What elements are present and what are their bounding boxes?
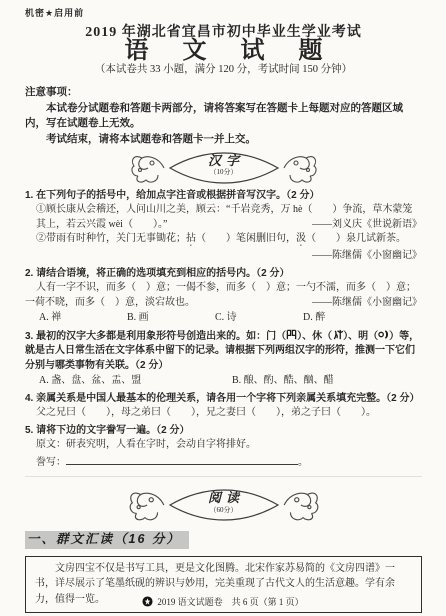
hanzi-banner-title: 汉字 xyxy=(168,154,280,169)
question-3-stem-seg2: ）、休（ xyxy=(297,331,332,342)
page-footer: 2019 语文试题卷 共 6 页（第 1 页） xyxy=(0,595,446,610)
question-1: 1. 在下列句子的括号中，给加点字注音或根据拼音写汉字。（2 分） ①顾长康从会… xyxy=(25,189,422,264)
yuedu-banner-title: 阅读 xyxy=(168,491,280,506)
question-4-body: 父之兄曰（ ），母之弟曰（ ），兄之妻曰（ ），弟之子曰（ ）。 xyxy=(25,406,422,421)
question-3-stem: 3. 最初的汉字大多都是利用象形符号创造出来的。如：门（）、休（）、明（）等，就… xyxy=(25,329,422,374)
question-1-item1-line2: 其上，若云兴霞 wèi（ ）。” ——刘义庆《世说新语》 xyxy=(25,218,422,233)
question-2-stem: 2. 请结合语境，将正确的选项填充到相应的括号内。（2 分） xyxy=(25,267,422,282)
yuedu-banner: 阅读 （60分） xyxy=(168,487,280,523)
question-5-copy-end: 。 xyxy=(298,457,308,468)
question-1-dotted-char-ji: 汲 xyxy=(296,233,306,244)
question-1-item2-seg1: ②带雨有时种竹，关门无事锄花； xyxy=(36,233,186,244)
notice-heading: 注意事项： xyxy=(25,85,422,100)
question-5-answer-blank xyxy=(66,453,298,465)
question-3-stem-seg3: ）、明（ xyxy=(343,331,378,342)
question-4-stem: 4. 亲属关系是中国人最基本的伦理关系，请各用一个字将下列亲属关系填充完整。（2… xyxy=(25,392,422,407)
question-2-body-text: 一荷不晓，而多（ ）意，淡宕故也。 xyxy=(25,296,195,311)
paper-title: 语 文 试 题 xyxy=(25,44,422,59)
question-1-source-2: ——陈继儒《小窗幽记》 xyxy=(25,249,422,264)
classification-label: 机密★启用前 xyxy=(25,6,422,21)
question-1-source-1: ——刘义庆《世说新语》 xyxy=(312,218,422,233)
question-2-option-b: B. 画 xyxy=(127,311,215,326)
question-1-item1-text: 其上，若云兴霞 wèi（ ）。” xyxy=(36,218,167,233)
footer-page-info: 2019 语文试题卷 共 6 页（第 1 页） xyxy=(157,595,303,610)
question-2: 2. 请结合语境，将正确的选项填充到相应的括号内。（2 分） 人有一字不识，而多… xyxy=(25,267,422,326)
fold-line xyxy=(25,476,422,477)
ornament-flourish-right-icon xyxy=(281,150,321,186)
question-3: 3. 最初的汉字大多都是利用象形符号创造出来的。如：门（）、休（）、明（）等，就… xyxy=(25,329,422,389)
hanzi-banner-text: 汉字 （10分） xyxy=(168,154,280,177)
question-5-copy-label: 誊写： xyxy=(36,457,66,468)
oracle-bright-glyph-icon xyxy=(378,329,389,340)
ornament-flourish-right-icon xyxy=(281,485,323,525)
oracle-rest-glyph-icon xyxy=(332,329,343,340)
publisher-seal-icon xyxy=(142,596,153,607)
yuedu-banner-score: （60分） xyxy=(168,506,280,514)
section-badge-yuedu: 阅读 （60分） xyxy=(25,485,422,525)
question-5-copy-row: 誊写：。 xyxy=(25,453,422,471)
question-5-stem: 5. 请将下边的文字誊写一遍。（2 分） xyxy=(25,424,422,439)
question-1-item1-line1: ①顾长康从会稽还，人问山川之美，顾云：“千岩竞秀，万 hè（ ）争流，草木蒙笼 xyxy=(25,203,422,218)
question-5: 5. 请将下边的文字誊写一遍。（2 分） 原文：研表究明，人看在字时，会动自字将… xyxy=(25,424,422,471)
ornament-flourish-left-icon xyxy=(127,150,167,186)
notice-section: 注意事项： 本试卷分试题卷和答题卡两部分，请将答案写在答题卡上每题对应的答题区域… xyxy=(25,85,422,147)
question-1-item2: ②带雨有时种竹，关门无事锄花；拈（ ）笔闲删旧句，汲（ ）泉几试新茶。 xyxy=(25,232,422,249)
question-2-body-line1: 人有一字不识，而多（ ）意；一偈不参，而多（ ）意；一勺不濡，而多（ ）意； xyxy=(25,281,422,296)
question-2-body-line2: 一荷不晓，而多（ ）意，淡宕故也。 ——陈继儒《小窗幽记》 xyxy=(25,296,422,311)
question-3-option-b: B. 酿、酌、酷、酗、醋 xyxy=(232,374,334,389)
question-1-stem: 1. 在下列句子的括号中，给加点字注音或根据拼音写汉字。（2 分） xyxy=(25,189,422,204)
question-1-item2-seg3: （ ）泉几试新茶。 xyxy=(306,233,406,244)
question-2-option-d: D. 醉 xyxy=(303,311,391,326)
hanzi-banner-score: （10分） xyxy=(168,168,280,176)
question-2-option-c: C. 诗 xyxy=(215,311,303,326)
notice-paragraph-1: 本试卷分试题卷和答题卡两部分，请将答案写在答题卡上每题对应的答题区域内，写在试题… xyxy=(25,101,422,131)
section-badge-hanzi: 汉字 （10分） xyxy=(25,150,422,186)
question-5-original: 原文：研表究明，人看在字时，会动自字将排好。 xyxy=(25,438,422,453)
question-3-options: A. 盏、盘、盆、盂、盟 B. 酿、酌、酷、酗、醋 xyxy=(25,374,422,389)
question-2-options: A. 禅 B. 画 C. 诗 D. 醉 xyxy=(25,311,422,326)
hanzi-banner: 汉字 （10分） xyxy=(168,150,280,186)
yuedu-banner-text: 阅读 （60分） xyxy=(168,491,280,514)
question-2-option-a: A. 禅 xyxy=(39,311,127,326)
exam-paper-page: 机密★启用前 2019 年湖北省宜昌市初中毕业生学业考试 语 文 试 题 （本试… xyxy=(0,0,446,616)
question-3-option-a: A. 盏、盘、盆、盂、盟 xyxy=(39,374,232,389)
notice-paragraph-2: 考试结束，请将本试题卷和答题卡一并上交。 xyxy=(25,132,422,147)
paper-info: （本试卷共 33 小题，满分 120 分，考试时间 150 分钟） xyxy=(25,63,422,78)
oracle-door-glyph-icon xyxy=(286,329,297,340)
section-1-heading: 一、群文汇读（16 分） xyxy=(25,531,189,549)
question-4: 4. 亲属关系是中国人最基本的伦理关系，请各用一个字将下列亲属关系填充完整。（2… xyxy=(25,392,422,421)
question-2-source: ——陈继儒《小窗幽记》 xyxy=(312,296,422,311)
question-1-dotted-char-nian: 拈 xyxy=(186,233,196,244)
ornament-flourish-left-icon xyxy=(125,485,167,525)
question-1-item2-seg2: （ ）笔闲删旧句， xyxy=(196,233,296,244)
question-3-stem-seg1: 3. 最初的汉字大多都是利用象形符号创造出来的。如：门（ xyxy=(25,331,286,342)
